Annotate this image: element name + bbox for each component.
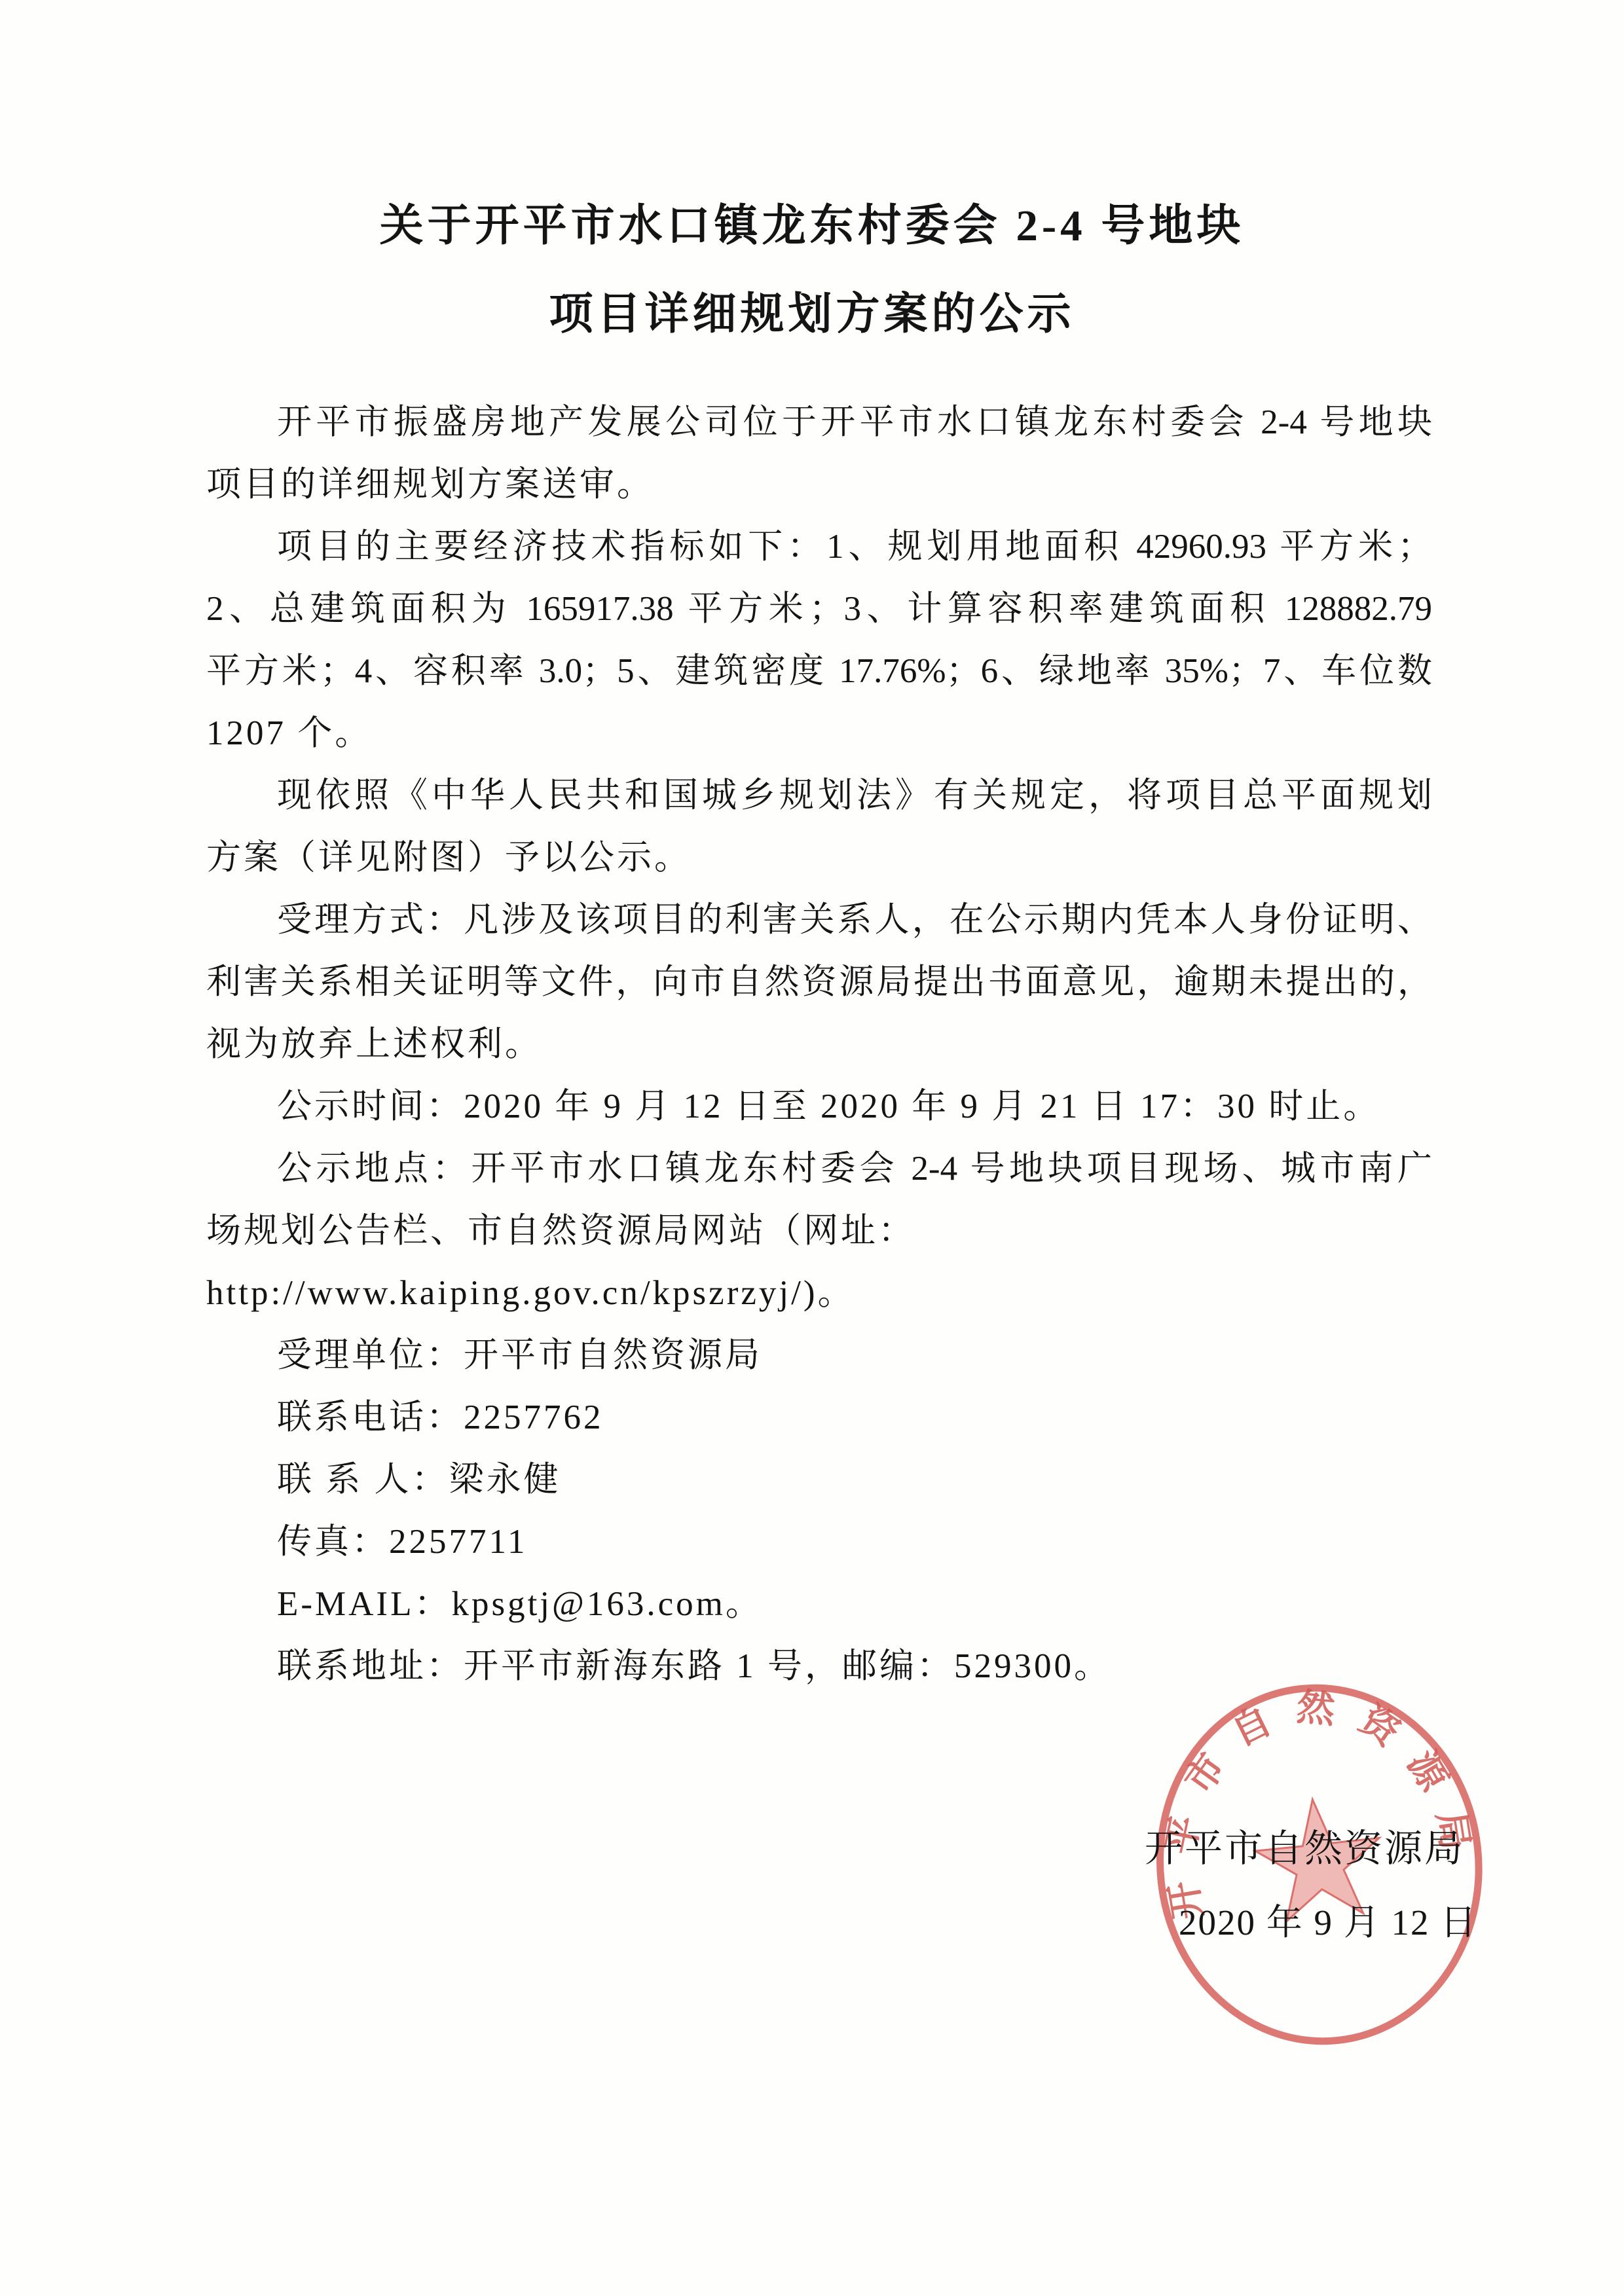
- body-line: 受理单位：开平市自然资源局: [206, 1324, 1432, 1387]
- body-line: E-MAIL：kpsgtj@163.com。: [206, 1573, 1432, 1635]
- body-line: 平方米；4、容积率 3.0；5、建筑密度 17.76%；6、绿地率 35%；7、…: [206, 640, 1432, 702]
- body-line: 项目的详细规划方案送审。: [206, 454, 1432, 516]
- body-line: 1207 个。: [206, 702, 1432, 765]
- signature-organization: 开平市自然资源局: [1145, 1817, 1464, 1872]
- document-body: 开平市振盛房地产发展公司位于开平市水口镇龙东村委会 2-4 号地块项目的详细规划…: [206, 392, 1432, 1698]
- body-line: 传真：2257711: [206, 1511, 1432, 1573]
- body-line: 公示地点：开平市水口镇龙东村委会 2-4 号地块项目现场、城市南广: [206, 1138, 1432, 1200]
- scanned-notice-page: 关于开平市水口镇龙东村委会 2-4 号地块 项目详细规划方案的公示 开平市振盛房…: [0, 0, 1624, 2296]
- body-line: 视为放弃上述权利。: [206, 1013, 1432, 1076]
- body-line: 联系电话：2257762: [206, 1387, 1432, 1449]
- signature-date: 2020 年 9 月 12 日: [1179, 1893, 1477, 1945]
- body-line: 公示时间：2020 年 9 月 12 日至 2020 年 9 月 21 日 17…: [206, 1076, 1432, 1138]
- body-line: http://www.kaiping.gov.cn/kpszrzyj/)。: [206, 1262, 1432, 1324]
- body-line: 联 系 人：梁永健: [206, 1449, 1432, 1511]
- body-line: 受理方式：凡涉及该项目的利害关系人，在公示期内凭本人身份证明、: [206, 889, 1432, 951]
- document-title-line2: 项目详细规划方案的公示: [0, 270, 1624, 359]
- document-title: 关于开平市水口镇龙东村委会 2-4 号地块 项目详细规划方案的公示: [0, 182, 1624, 359]
- body-line: 现依照《中华人民共和国城乡规划法》有关规定，将项目总平面规划: [206, 765, 1432, 827]
- document-title-line1: 关于开平市水口镇龙东村委会 2-4 号地块: [0, 182, 1624, 270]
- body-line: 开平市振盛房地产发展公司位于开平市水口镇龙东村委会 2-4 号地块: [206, 392, 1432, 454]
- body-line: 项目的主要经济技术指标如下：1、规划用地面积 42960.93 平方米；: [206, 516, 1432, 578]
- body-line: 方案（详见附图）予以公示。: [206, 827, 1432, 889]
- body-line: 2、总建筑面积为 165917.38 平方米；3、计算容积率建筑面积 12888…: [206, 578, 1432, 640]
- body-line: 场规划公告栏、市自然资源局网站（网址：: [206, 1200, 1432, 1262]
- body-line: 利害关系相关证明等文件，向市自然资源局提出书面意见，逾期未提出的，: [206, 951, 1432, 1013]
